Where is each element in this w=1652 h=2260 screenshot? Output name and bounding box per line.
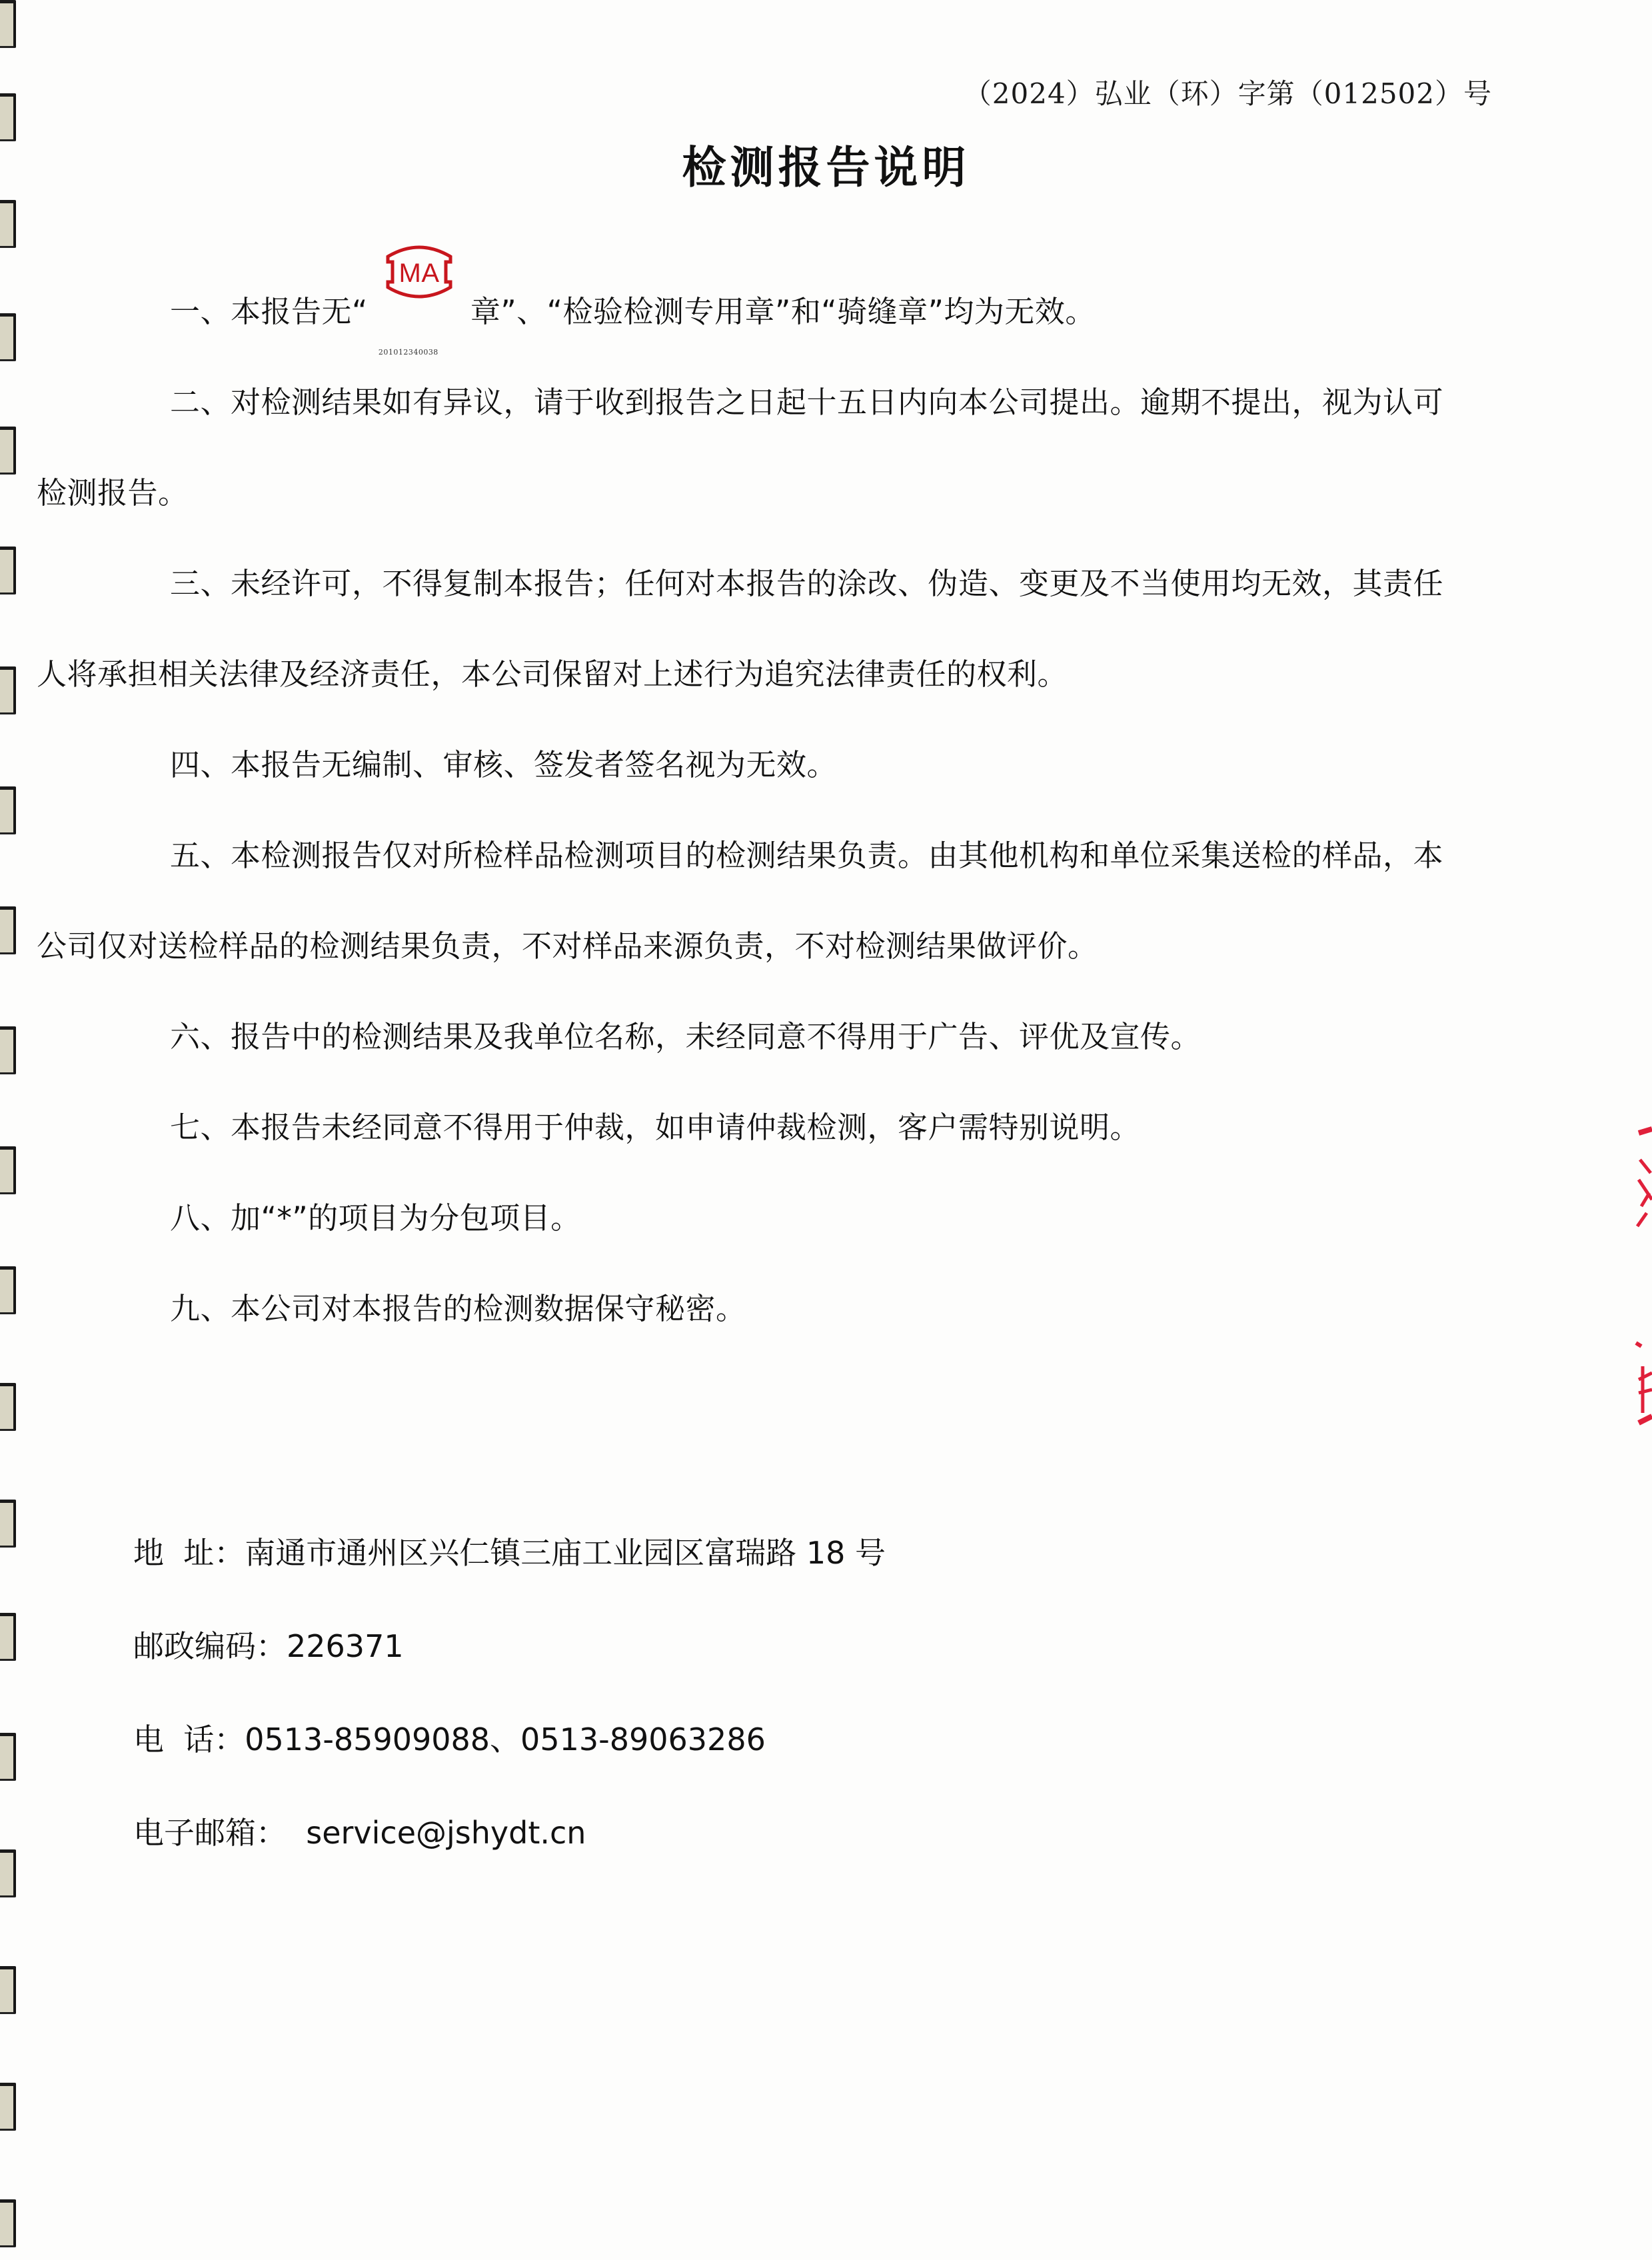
address-line: 地 址：南通市通州区兴仁镇三庙工业园区富瑞路 18 号 bbox=[133, 1526, 886, 1620]
note-item-1: 一、本报告无“MA201012340038章”、“检验检测专用章”和“骑缝章”均… bbox=[103, 267, 1503, 357]
binding-hole bbox=[0, 1849, 16, 1897]
binding-hole bbox=[0, 666, 16, 714]
binding-hole bbox=[0, 1383, 16, 1431]
seam-seal-icon bbox=[1612, 1120, 1652, 1426]
binding-hole bbox=[0, 427, 16, 475]
contact-info: 地 址：南通市通州区兴仁镇三庙工业园区富瑞路 18 号 邮政编码：226371 … bbox=[133, 1526, 886, 1899]
binding-hole bbox=[0, 1026, 16, 1074]
binding-hole bbox=[0, 0, 16, 48]
note-item-9: 九、本公司对本报告的检测数据保守秘密。 bbox=[103, 1264, 1503, 1354]
note-item-8: 八、加“*”的项目为分包项目。 bbox=[103, 1173, 1503, 1264]
note-item-6: 六、报告中的检测结果及我单位名称，未经同意不得用于广告、评优及宣传。 bbox=[103, 992, 1503, 1082]
note-item-3: 三、未经许可，不得复制本报告；任何对本报告的涂改、伪造、变更及不当使用均无效，其… bbox=[103, 539, 1503, 720]
postcode-line: 邮政编码：226371 bbox=[133, 1620, 886, 1713]
binding-hole bbox=[0, 906, 16, 954]
report-reference-number: （2024）弘业（环）字第（012502）号 bbox=[964, 72, 1492, 112]
binding-holes bbox=[0, 0, 27, 2260]
binding-hole bbox=[0, 2083, 16, 2131]
binding-hole bbox=[0, 1146, 16, 1194]
binding-hole bbox=[0, 200, 16, 248]
note-item-7: 七、本报告未经同意不得用于仲裁，如申请仲裁检测，客户需特别说明。 bbox=[103, 1082, 1503, 1173]
phone-line: 电 话：0513-85909088、0513-89063286 bbox=[133, 1713, 886, 1806]
binding-hole bbox=[0, 2199, 16, 2247]
binding-hole bbox=[0, 1966, 16, 2014]
cma-stamp-icon: MA201012340038 bbox=[369, 269, 469, 329]
page-title: 检测报告说明 bbox=[0, 132, 1652, 195]
binding-hole bbox=[0, 1266, 16, 1314]
binding-hole bbox=[0, 1613, 16, 1661]
email-link[interactable]: service@jshydt.cn bbox=[306, 1815, 586, 1851]
binding-hole bbox=[0, 786, 16, 834]
notes-list: 一、本报告无“MA201012340038章”、“检验检测专用章”和“骑缝章”均… bbox=[103, 267, 1503, 1354]
binding-hole bbox=[0, 547, 16, 594]
phone-value: 0513-85909088、0513-89063286 bbox=[245, 1721, 766, 1757]
note-item-4: 四、本报告无编制、审核、签发者签名视为无效。 bbox=[103, 720, 1503, 810]
postcode-value: 226371 bbox=[287, 1628, 404, 1664]
cma-number: 201012340038 bbox=[379, 307, 438, 398]
binding-hole bbox=[0, 1733, 16, 1781]
note-item-2: 二、对检测结果如有异议，请于收到报告之日起十五日内向本公司提出。逾期不提出，视为… bbox=[103, 357, 1503, 539]
svg-text:MA: MA bbox=[399, 259, 439, 288]
binding-hole bbox=[0, 1500, 16, 1548]
note-item-5: 五、本检测报告仅对所检样品检测项目的检测结果负责。由其他机构和单位采集送检的样品… bbox=[103, 810, 1503, 992]
address-value: 南通市通州区兴仁镇三庙工业园区富瑞路 18 号 bbox=[245, 1535, 886, 1571]
binding-hole bbox=[0, 313, 16, 361]
email-line: 电子邮箱： service@jshydt.cn bbox=[133, 1806, 886, 1899]
